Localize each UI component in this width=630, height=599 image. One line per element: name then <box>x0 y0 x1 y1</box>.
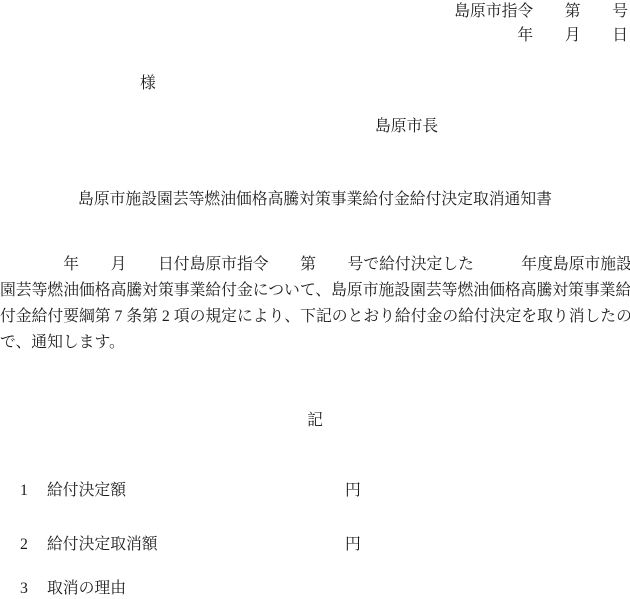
list-item-cancellation-reason: 3 取消の理由 <box>0 581 630 599</box>
body-line-2: 園芸等燃油価格高騰対策事業給付金について、島原市施設園芸等燃油価格高騰対策事業給 <box>0 278 630 304</box>
item-number: 1 <box>20 483 28 499</box>
body-line-1: 年 月 日付島原市指令 第 号で給付決定した 年度島原市施設 <box>0 252 630 278</box>
item-number: 2 <box>20 537 28 553</box>
list-item-grant-decision-amount: 1 給付決定額 円 <box>0 483 630 501</box>
addressee-honorific: 様 <box>140 76 156 92</box>
document-page: 島原市指令 第 号 年 月 日 様 島原市長 島原市施設園芸等燃油価格高騰対策事… <box>0 0 630 599</box>
date-line: 年 月 日 <box>517 28 628 44</box>
record-marker: 記 <box>0 413 630 429</box>
item-unit: 円 <box>345 537 361 553</box>
item-unit: 円 <box>345 483 361 499</box>
directive-number-line: 島原市指令 第 号 <box>454 4 628 20</box>
body-line-3: 付金給付要綱第 7 条第 2 項の規定により、下記のとおり給付金の給付決定を取り… <box>0 304 630 330</box>
list-item-cancellation-amount: 2 給付決定取消額 円 <box>0 537 630 555</box>
item-number: 3 <box>20 581 28 597</box>
item-label: 給付決定取消額 <box>47 537 158 553</box>
sender-name: 島原市長 <box>375 119 438 135</box>
body-line-4: で、通知します。 <box>0 330 630 356</box>
item-label: 取消の理由 <box>47 581 126 597</box>
document-title: 島原市施設園芸等燃油価格高騰対策事業給付金給付決定取消通知書 <box>0 192 630 208</box>
body-paragraph: 年 月 日付島原市指令 第 号で給付決定した 年度島原市施設 園芸等燃油価格高騰… <box>0 252 630 356</box>
item-label: 給付決定額 <box>47 483 126 499</box>
